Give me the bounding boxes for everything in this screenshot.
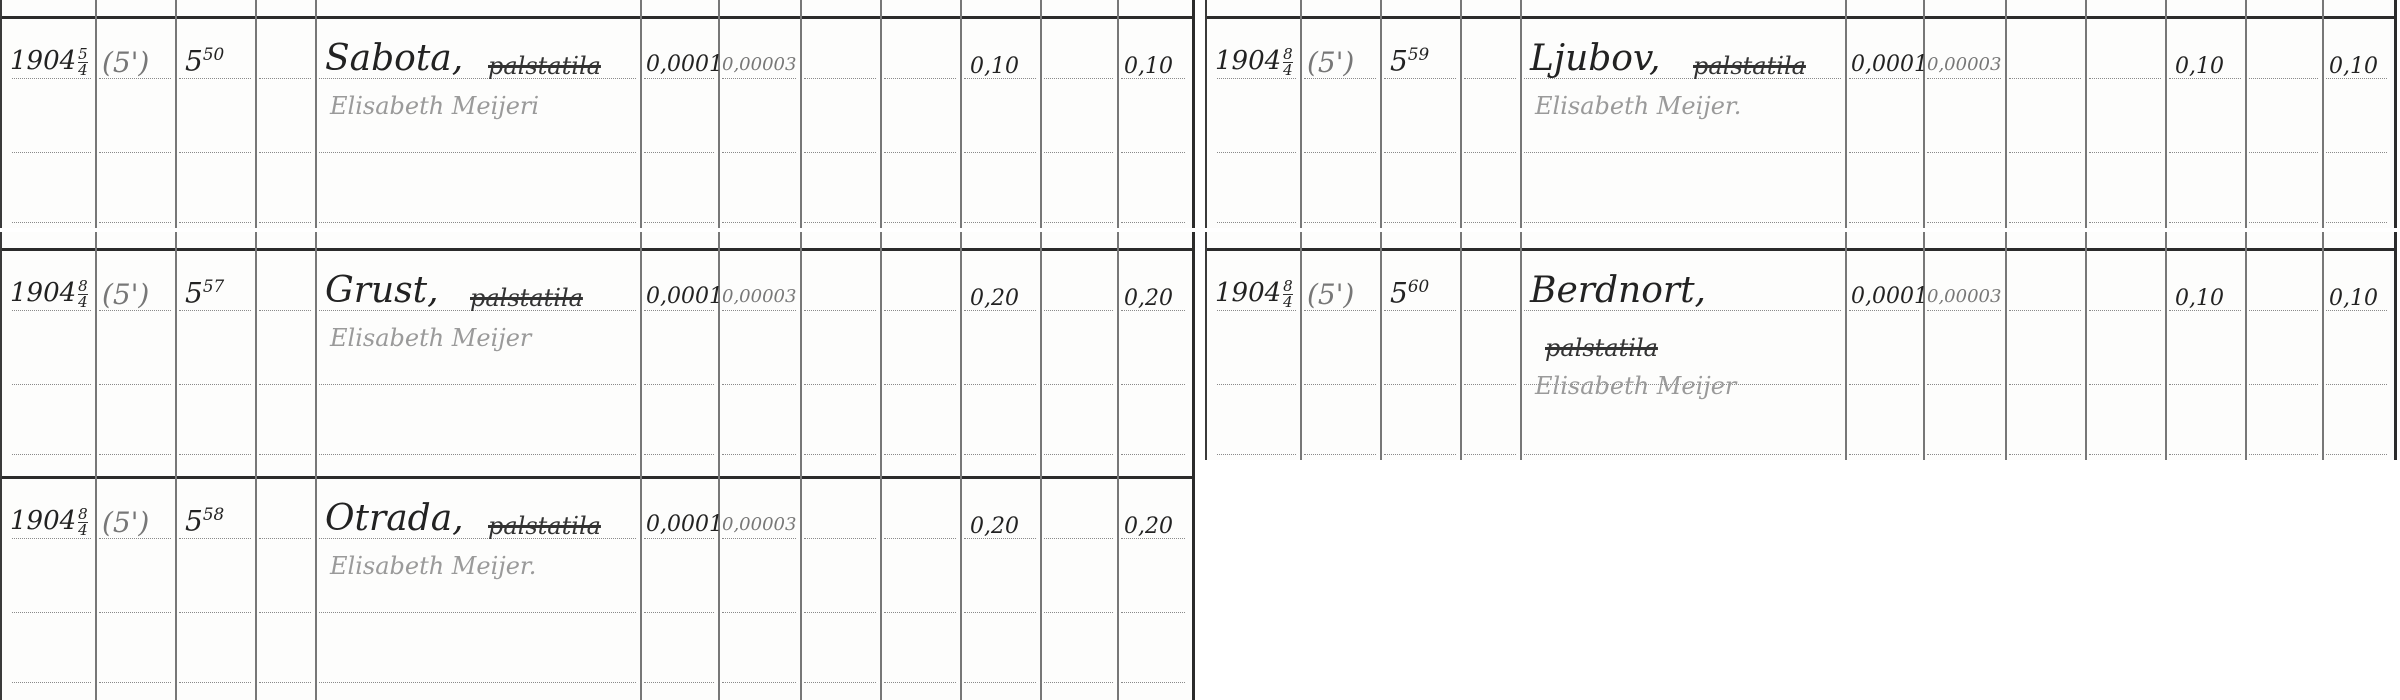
dotted-rule: [1304, 222, 1376, 223]
dotted-rule: [179, 152, 251, 153]
parcel-name: Grust,: [325, 270, 439, 311]
dotted-rule: [259, 538, 311, 539]
dotted-rule: [1217, 384, 1296, 385]
dotted-rule: [884, 310, 956, 311]
column-rule: [800, 232, 802, 460]
column-rule: [1117, 232, 1119, 460]
column-rule: [2085, 232, 2087, 460]
register-entry: 190454(5')550Sabota,palstatilaElisabeth …: [0, 0, 1195, 228]
register-entry: 190484(5')560Berdnort,palstatilaElisabet…: [1205, 232, 2397, 460]
parcel-base: 5: [185, 504, 203, 537]
owner-name: Elisabeth Meijer: [330, 324, 531, 352]
dotted-rule: [2089, 384, 2161, 385]
entry-right-rule: [2394, 232, 2397, 460]
dotted-rule: [1217, 152, 1296, 153]
dotted-rule: [1217, 454, 1296, 455]
value-tax-total: 0,10: [2329, 286, 2378, 311]
column-rule: [640, 460, 642, 700]
date-denominator: 4: [1283, 295, 1293, 310]
dotted-rule: [259, 612, 311, 613]
dotted-rule: [644, 384, 714, 385]
dotted-rule: [1384, 454, 1456, 455]
value-area-2: 0,00003: [722, 54, 796, 75]
dotted-rule: [1044, 384, 1113, 385]
parent-parcel: (5'): [102, 506, 149, 539]
entry-top-rule: [1205, 248, 2397, 251]
dotted-rule: [644, 310, 714, 311]
column-rule: [2245, 0, 2247, 228]
dotted-rule: [12, 454, 91, 455]
dotted-rule: [722, 538, 796, 539]
column-rule: [1040, 0, 1042, 228]
column-rule: [1460, 232, 1462, 460]
dotted-rule: [1304, 384, 1376, 385]
parent-parcel: (5'): [102, 46, 149, 79]
dotted-rule: [2249, 454, 2318, 455]
parcel-name: Sabota,: [325, 38, 463, 79]
date-denominator: 4: [78, 63, 88, 78]
dotted-rule: [964, 152, 1036, 153]
dotted-rule: [2089, 310, 2161, 311]
date-fraction: 84: [1283, 47, 1293, 78]
column-rule: [175, 232, 177, 460]
entry-right-rule: [1192, 0, 1195, 228]
column-rule: [1300, 232, 1302, 460]
dotted-rule: [319, 612, 636, 613]
column-rule: [175, 0, 177, 228]
column-rule: [718, 232, 720, 460]
dotted-rule: [1464, 454, 1516, 455]
parcel-base: 5: [185, 276, 203, 309]
column-rule: [800, 460, 802, 700]
dotted-rule: [964, 384, 1036, 385]
dotted-rule: [99, 454, 171, 455]
parcel-superscript: 57: [203, 276, 224, 296]
dotted-rule: [2169, 454, 2241, 455]
dotted-rule: [1464, 384, 1516, 385]
column-rule: [2005, 0, 2007, 228]
dotted-rule: [179, 78, 251, 79]
dotted-rule: [1384, 222, 1456, 223]
dotted-rule: [1044, 152, 1113, 153]
column-rule: [800, 0, 802, 228]
dotted-rule: [884, 612, 956, 613]
entry-left-rule: [0, 232, 2, 460]
date-year: 1904: [1215, 278, 1281, 308]
column-rule: [640, 0, 642, 228]
dotted-rule: [804, 682, 876, 683]
dotted-rule: [1464, 152, 1516, 153]
dotted-rule: [259, 222, 311, 223]
owner-name: Elisabeth Meijer.: [330, 552, 536, 580]
dotted-rule: [1044, 310, 1113, 311]
dotted-rule: [1044, 222, 1113, 223]
parcel-number: 560: [1390, 276, 1429, 309]
dotted-rule: [1849, 78, 1919, 79]
column-rule: [2005, 232, 2007, 460]
dotted-rule: [644, 152, 714, 153]
dotted-rule: [99, 152, 171, 153]
dotted-rule: [804, 612, 876, 613]
column-rule: [1520, 232, 1522, 460]
parcel-number: 557: [185, 276, 224, 309]
column-rule: [255, 460, 257, 700]
dotted-rule: [804, 310, 876, 311]
entry-right-rule: [1192, 232, 1195, 460]
value-area-2: 0,00003: [1927, 54, 2001, 75]
value-tax-total: 0,20: [1124, 286, 1173, 311]
column-rule: [960, 232, 962, 460]
dotted-rule: [2089, 454, 2161, 455]
column-rule: [1380, 232, 1382, 460]
dotted-rule: [12, 612, 91, 613]
dotted-rule: [179, 454, 251, 455]
dotted-rule: [1849, 384, 1919, 385]
date-fraction: 84: [78, 279, 88, 310]
column-rule: [880, 232, 882, 460]
column-rule: [1300, 0, 1302, 228]
date-denominator: 4: [78, 523, 88, 538]
column-rule: [315, 232, 317, 460]
column-rule: [718, 460, 720, 700]
column-rule: [880, 0, 882, 228]
value-tax-total: 0,10: [2329, 54, 2378, 79]
dotted-rule: [1927, 222, 2001, 223]
entry-date: 190484: [1215, 46, 1293, 78]
column-rule: [95, 232, 97, 460]
dotted-rule: [1927, 454, 2001, 455]
struck-designation: palstatila: [1545, 334, 1658, 362]
value-area-2: 0,00003: [722, 286, 796, 307]
dotted-rule: [1044, 78, 1113, 79]
dotted-rule: [2249, 222, 2318, 223]
dotted-rule: [1849, 454, 1919, 455]
dotted-rule: [99, 384, 171, 385]
column-rule: [1040, 460, 1042, 700]
dotted-rule: [644, 612, 714, 613]
dotted-rule: [884, 454, 956, 455]
dotted-rule: [319, 682, 636, 683]
column-rule: [95, 460, 97, 700]
date-fraction: 54: [78, 47, 88, 78]
dotted-rule: [99, 612, 171, 613]
dotted-rule: [1121, 612, 1185, 613]
dotted-rule: [179, 384, 251, 385]
parcel-superscript: 58: [203, 504, 224, 524]
dotted-rule: [1524, 222, 1841, 223]
column-rule: [2165, 0, 2167, 228]
dotted-rule: [722, 682, 796, 683]
dotted-rule: [319, 384, 636, 385]
dotted-rule: [722, 612, 796, 613]
dotted-rule: [2326, 222, 2387, 223]
dotted-rule: [12, 152, 91, 153]
dotted-rule: [2326, 152, 2387, 153]
dotted-rule: [2089, 78, 2161, 79]
dotted-rule: [1384, 78, 1456, 79]
entry-top-rule: [0, 16, 1195, 19]
value-tax-1: 0,20: [970, 286, 1019, 311]
entry-left-rule: [0, 460, 2, 700]
value-area-1: 0,0001: [1851, 52, 1928, 77]
entry-date: 190484: [10, 278, 88, 310]
column-rule: [1520, 0, 1522, 228]
dotted-rule: [99, 222, 171, 223]
struck-designation: palstatila: [1693, 52, 1806, 80]
column-rule: [2322, 0, 2324, 228]
dotted-rule: [722, 384, 796, 385]
column-rule: [1845, 232, 1847, 460]
dotted-rule: [1044, 538, 1113, 539]
entry-left-rule: [1205, 232, 1207, 460]
struck-designation: palstatila: [488, 52, 601, 80]
column-rule: [1117, 0, 1119, 228]
parcel-base: 5: [1390, 44, 1408, 77]
value-area-1: 0,0001: [646, 284, 723, 309]
entry-top-rule: [0, 476, 1195, 479]
column-rule: [1117, 460, 1119, 700]
date-fraction: 84: [78, 507, 88, 538]
dotted-rule: [2169, 384, 2241, 385]
dotted-rule: [2089, 152, 2161, 153]
dotted-rule: [964, 612, 1036, 613]
dotted-rule: [2249, 310, 2318, 311]
column-rule: [255, 232, 257, 460]
entry-left-rule: [0, 0, 2, 228]
dotted-rule: [964, 222, 1036, 223]
dotted-rule: [964, 682, 1036, 683]
dotted-rule: [259, 682, 311, 683]
value-area-1: 0,0001: [1851, 284, 1928, 309]
date-year: 1904: [1215, 46, 1281, 76]
dotted-rule: [179, 682, 251, 683]
dotted-rule: [2326, 384, 2387, 385]
entry-date: 190484: [1215, 278, 1293, 310]
dotted-rule: [804, 384, 876, 385]
dotted-rule: [884, 538, 956, 539]
column-rule: [2085, 0, 2087, 228]
parent-parcel: (5'): [1307, 278, 1354, 311]
dotted-rule: [1849, 152, 1919, 153]
parcel-superscript: 50: [203, 44, 224, 64]
column-rule: [315, 0, 317, 228]
dotted-rule: [1121, 682, 1185, 683]
parcel-base: 5: [1390, 276, 1408, 309]
column-rule: [640, 232, 642, 460]
column-rule: [1923, 0, 1925, 228]
dotted-rule: [964, 454, 1036, 455]
dotted-rule: [1464, 78, 1516, 79]
dotted-rule: [804, 78, 876, 79]
dotted-rule: [1524, 454, 1841, 455]
dotted-rule: [1849, 310, 1919, 311]
dotted-rule: [644, 78, 714, 79]
dotted-rule: [884, 384, 956, 385]
dotted-rule: [1524, 152, 1841, 153]
dotted-rule: [2169, 152, 2241, 153]
column-rule: [255, 0, 257, 228]
dotted-rule: [1217, 222, 1296, 223]
dotted-rule: [1121, 384, 1185, 385]
parcel-superscript: 60: [1408, 276, 1429, 296]
dotted-rule: [644, 454, 714, 455]
struck-designation: palstatila: [470, 284, 583, 312]
dotted-rule: [2009, 384, 2081, 385]
dotted-rule: [2249, 384, 2318, 385]
dotted-rule: [179, 310, 251, 311]
dotted-rule: [259, 384, 311, 385]
dotted-rule: [804, 454, 876, 455]
value-area-1: 0,0001: [646, 512, 723, 537]
dotted-rule: [1927, 152, 2001, 153]
column-rule: [880, 460, 882, 700]
dotted-rule: [319, 152, 636, 153]
dotted-rule: [1044, 682, 1113, 683]
column-rule: [315, 460, 317, 700]
parcel-superscript: 59: [1408, 44, 1429, 64]
dotted-rule: [644, 682, 714, 683]
parcel-base: 5: [185, 44, 203, 77]
entry-right-rule: [2394, 0, 2397, 228]
dotted-rule: [644, 222, 714, 223]
date-fraction: 84: [1283, 279, 1293, 310]
dotted-rule: [179, 222, 251, 223]
column-rule: [718, 0, 720, 228]
entry-date: 190454: [10, 46, 88, 78]
dotted-rule: [179, 538, 251, 539]
dotted-rule: [722, 152, 796, 153]
value-area-2: 0,00003: [722, 514, 796, 535]
dotted-rule: [884, 152, 956, 153]
parcel-number: 558: [185, 504, 224, 537]
column-rule: [95, 0, 97, 228]
dotted-rule: [259, 152, 311, 153]
column-rule: [2165, 232, 2167, 460]
dotted-rule: [722, 222, 796, 223]
column-rule: [960, 0, 962, 228]
value-tax-1: 0,10: [2175, 54, 2224, 79]
dotted-rule: [884, 222, 956, 223]
entry-right-rule: [1192, 460, 1195, 700]
owner-name: Elisabeth Meijer: [1535, 372, 1736, 400]
dotted-rule: [1121, 152, 1185, 153]
dotted-rule: [1384, 152, 1456, 153]
column-rule: [175, 460, 177, 700]
dotted-rule: [259, 310, 311, 311]
dotted-rule: [12, 222, 91, 223]
entry-top-rule: [1205, 16, 2397, 19]
dotted-rule: [12, 682, 91, 683]
dotted-rule: [2249, 78, 2318, 79]
column-rule: [2322, 232, 2324, 460]
entry-date: 190484: [10, 506, 88, 538]
column-rule: [1845, 0, 1847, 228]
dotted-rule: [1121, 222, 1185, 223]
parent-parcel: (5'): [1307, 46, 1354, 79]
dotted-rule: [644, 538, 714, 539]
dotted-rule: [2089, 222, 2161, 223]
column-rule: [1923, 232, 1925, 460]
value-area-1: 0,0001: [646, 52, 723, 77]
value-tax-total: 0,10: [1124, 54, 1173, 79]
register-entry: 190484(5')559Ljubov,palstatilaElisabeth …: [1205, 0, 2397, 228]
dotted-rule: [319, 222, 636, 223]
dotted-rule: [12, 384, 91, 385]
parent-parcel: (5'): [102, 278, 149, 311]
owner-name: Elisabeth Meijer.: [1535, 92, 1741, 120]
dotted-rule: [1384, 384, 1456, 385]
dotted-rule: [1304, 152, 1376, 153]
dotted-rule: [259, 78, 311, 79]
dotted-rule: [99, 682, 171, 683]
parcel-name: Berdnort,: [1530, 270, 1706, 311]
dotted-rule: [1044, 454, 1113, 455]
owner-name: Elisabeth Meijeri: [330, 92, 539, 120]
dotted-rule: [804, 538, 876, 539]
dotted-rule: [2326, 454, 2387, 455]
dotted-rule: [1304, 454, 1376, 455]
date-year: 1904: [10, 278, 76, 308]
dotted-rule: [2009, 310, 2081, 311]
register-entry: 190484(5')558Otrada,palstatilaElisabeth …: [0, 460, 1195, 700]
dotted-rule: [1384, 310, 1456, 311]
dotted-rule: [1044, 612, 1113, 613]
dotted-rule: [319, 454, 636, 455]
dotted-rule: [2169, 222, 2241, 223]
date-year: 1904: [10, 46, 76, 76]
parcel-name: Ljubov,: [1530, 38, 1660, 79]
dotted-rule: [1464, 222, 1516, 223]
register-entry: 190484(5')557Grust,palstatilaElisabeth M…: [0, 232, 1195, 460]
dotted-rule: [722, 78, 796, 79]
dotted-rule: [804, 222, 876, 223]
column-rule: [1380, 0, 1382, 228]
value-tax-total: 0,20: [1124, 514, 1173, 539]
parcel-number: 559: [1390, 44, 1429, 77]
dotted-rule: [884, 682, 956, 683]
dotted-rule: [1121, 454, 1185, 455]
column-rule: [1460, 0, 1462, 228]
dotted-rule: [2249, 152, 2318, 153]
entry-top-rule: [0, 248, 1195, 251]
value-tax-1: 0,10: [2175, 286, 2224, 311]
date-year: 1904: [10, 506, 76, 536]
dotted-rule: [1927, 310, 2001, 311]
column-rule: [2245, 232, 2247, 460]
entry-left-rule: [1205, 0, 1207, 228]
dotted-rule: [1464, 310, 1516, 311]
value-tax-1: 0,20: [970, 514, 1019, 539]
dotted-rule: [2009, 222, 2081, 223]
dotted-rule: [722, 310, 796, 311]
parcel-number: 550: [185, 44, 224, 77]
dotted-rule: [259, 454, 311, 455]
value-tax-1: 0,10: [970, 54, 1019, 79]
dotted-rule: [2009, 78, 2081, 79]
dotted-rule: [2009, 152, 2081, 153]
dotted-rule: [2009, 454, 2081, 455]
column-rule: [1040, 232, 1042, 460]
value-area-2: 0,00003: [1927, 286, 2001, 307]
dotted-rule: [179, 612, 251, 613]
dotted-rule: [1927, 384, 2001, 385]
dotted-rule: [1849, 222, 1919, 223]
column-rule: [960, 460, 962, 700]
date-denominator: 4: [78, 295, 88, 310]
dotted-rule: [804, 152, 876, 153]
date-denominator: 4: [1283, 63, 1293, 78]
dotted-rule: [722, 454, 796, 455]
